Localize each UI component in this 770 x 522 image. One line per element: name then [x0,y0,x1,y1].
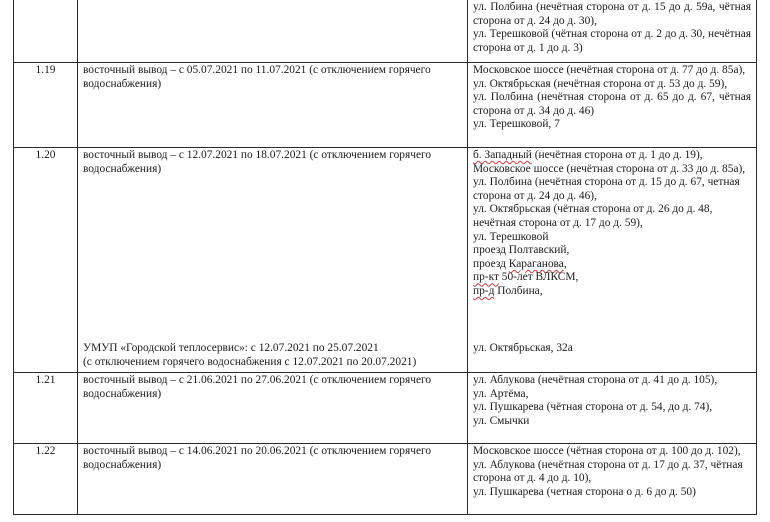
address-line: ул. Аблукова (нечётная сторона от д. 41 … [473,374,751,388]
table-row: 1.21 восточный вывод – с 21.06.2021 по 2… [14,373,757,444]
address-line: проезд Полтавский, [473,244,751,258]
row-addresses: ул. Полбина (нечётная сторона от д. 15 д… [468,0,757,63]
address-line: ул. Октябрьская, 32а [473,342,573,356]
description-line: УМУП «Городской теплосервис»: с 12.07.20… [83,342,416,356]
address-line: ул. Смычки [473,415,751,429]
row-number: 1.20 [14,148,78,373]
table-row: 1.22 восточный вывод – с 14.06.2021 по 2… [14,444,757,515]
address-line: ул. Октябрьская (нечётная сторона от д. … [473,78,751,92]
row-description: восточный вывод – с 21.06.2021 по 27.06.… [78,373,468,444]
row-addresses: ул. Аблукова (нечётная сторона от д. 41 … [468,373,757,444]
address-prefix: б. Западный [473,149,532,161]
row-addresses: б. Западный (нечётная сторона от д. 1 до… [468,148,757,373]
description-line: восточный вывод – с 12.07.2021 по 18.07.… [83,149,462,176]
description-line: восточный вывод – с 05.07.2021 по 11.07.… [83,64,462,91]
address-prefix: пр-кт [473,271,499,283]
address-line: ул. Пушкарева (четная сторона о д. 6 до … [473,486,751,500]
address-line: б. Западный (нечётная сторона от д. 1 до… [473,149,751,163]
table-row: 1.19 восточный вывод – с 05.07.2021 по 1… [14,63,757,148]
address-line: ул. Полбина (нечётная сторона от д. 15 д… [473,1,751,28]
address-line: ул. Терешковой [473,231,751,245]
description-line: (с отключением горячего водоснабжения с … [83,356,416,370]
address-line: пр-д Полбина, [473,285,751,299]
table-row: ул. Полбина (нечётная сторона от д. 15 д… [14,0,757,63]
address-line: ул. Октябрьская (чётная сторона от д. 26… [473,203,751,230]
address-line: ул. Аблукова (нечётная сторона от д. 17 … [473,459,751,486]
row-description: восточный вывод – с 12.07.2021 по 18.07.… [78,148,468,373]
address-line: ул. Полбина (нечётная сторона от д. 15 д… [473,176,751,203]
address-line: Московское шоссе (нечётная сторона от д.… [473,64,751,78]
table-row: 1.20 восточный вывод – с 12.07.2021 по 1… [14,148,757,373]
row-description: восточный вывод – с 14.06.2021 по 20.06.… [78,444,468,515]
row-number [14,0,78,63]
row-description: восточный вывод – с 05.07.2021 по 11.07.… [78,63,468,148]
description-line: восточный вывод – с 14.06.2021 по 20.06.… [83,445,462,472]
address-name: Караганова [509,258,564,270]
address-line: ул. Терешковой (чётная сторона от д. 2 д… [473,28,751,55]
row-description [78,0,468,63]
address-line: ул. Пушкарева (чётная сторона от д. 54, … [473,401,751,415]
address-line: ул. Полбина (нечётная сторона от д. 65 д… [473,91,751,118]
outage-schedule-table: ул. Полбина (нечётная сторона от д. 15 д… [13,0,757,515]
address-prefix: пр-д [473,285,494,297]
row-number: 1.22 [14,444,78,515]
address-line: ул. Терешковой, 7 [473,118,751,132]
address-line: проезд Караганова, [473,258,751,272]
row-addresses: Московское шоссе (нечётная сторона от д.… [468,63,757,148]
address-line: ул. Артёма, [473,388,751,402]
row-number: 1.21 [14,373,78,444]
row-addresses: Московское шоссе (чётная сторона от д. 1… [468,444,757,515]
address-line: Московское шоссе (нечётная сторона от д.… [473,163,751,177]
sub-description: УМУП «Городской теплосервис»: с 12.07.20… [83,342,416,369]
address-line: пр-кт 50-лет ВЛКСМ, [473,271,751,285]
row-number: 1.19 [14,63,78,148]
address-line: Московское шоссе (чётная сторона от д. 1… [473,445,751,459]
description-line: восточный вывод – с 21.06.2021 по 27.06.… [83,374,462,401]
address-suffix: (нечётная сторона от д. 1 до д. 19), [532,149,703,161]
